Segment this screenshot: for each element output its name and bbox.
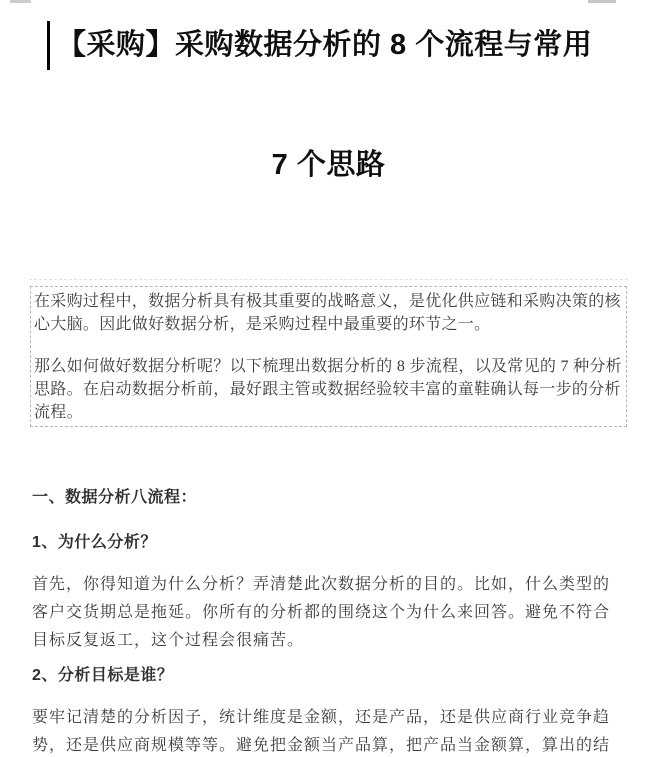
box-outer-dashed-rule	[29, 279, 628, 280]
page-subtitle: 7 个思路	[30, 146, 627, 184]
page-title: 【采购】采购数据分析的 8 个流程与常用	[57, 21, 592, 70]
intro-paragraph-2-line: 那么如何做好数据分析呢？以下梳理出数据分析的 8 步流程，以及常见的 7 种分析	[34, 355, 624, 378]
paragraph-analysis-target: 要牢记清楚的分析因子，统计维度是金额，还是产品，还是供应商行业竞争趋 势，还是供…	[32, 704, 632, 757]
title-accent-bar	[47, 21, 50, 70]
title-block: 【采购】采购数据分析的 8 个流程与常用	[47, 21, 592, 70]
intro-paragraph-1-line: 心大脑。因此做好数据分析，是采购过程中最重要的环节之一。	[34, 313, 624, 336]
intro-paragraph-1-line: 在采购过程中，数据分析具有极其重要的战略意义，是优化供应链和采购决策的核	[34, 290, 624, 313]
paragraph-why-analyze: 首先，你得知道为什么分析？弄清楚此次数据分析的目的。比如，什么类型的 客户交货期…	[32, 571, 632, 655]
document-page: 【采购】采购数据分析的 8 个流程与常用 7 个思路 在采购过程中，数据分析具有…	[0, 0, 664, 757]
paragraph-gap	[34, 336, 624, 355]
intro-paragraph-2-line: 流程。	[34, 401, 624, 424]
intro-quote-box: 在采购过程中，数据分析具有极其重要的战略意义，是优化供应链和采购决策的核 心大脑…	[30, 286, 627, 427]
text-line: 势，还是供应商规模等等。避免把金额当产品算，把产品当金额算，算出的结	[32, 732, 632, 757]
top-edge-artifact-right	[588, 0, 616, 3]
top-edge-artifact-left	[10, 0, 31, 3]
question-heading-why-analyze: 1、为什么分析？	[32, 532, 157, 554]
text-line: 目标反复返工，这个过程会很痛苦。	[32, 627, 632, 655]
text-line: 要牢记清楚的分析因子，统计维度是金额，还是产品，还是供应商行业竞争趋	[32, 704, 632, 732]
section-heading-eight-processes: 一、数据分析八流程：	[32, 487, 197, 509]
intro-paragraph-2-line: 思路。在启动数据分析前，最好跟主管或数据经验较丰富的童鞋确认每一步的分析	[34, 378, 624, 401]
text-line: 客户交货期总是拖延。你所有的分析都的围绕这个为什么来回答。避免不符合	[32, 599, 632, 627]
question-heading-analysis-target: 2、分析目标是谁？	[32, 665, 173, 687]
text-line: 首先，你得知道为什么分析？弄清楚此次数据分析的目的。比如，什么类型的	[32, 571, 632, 599]
